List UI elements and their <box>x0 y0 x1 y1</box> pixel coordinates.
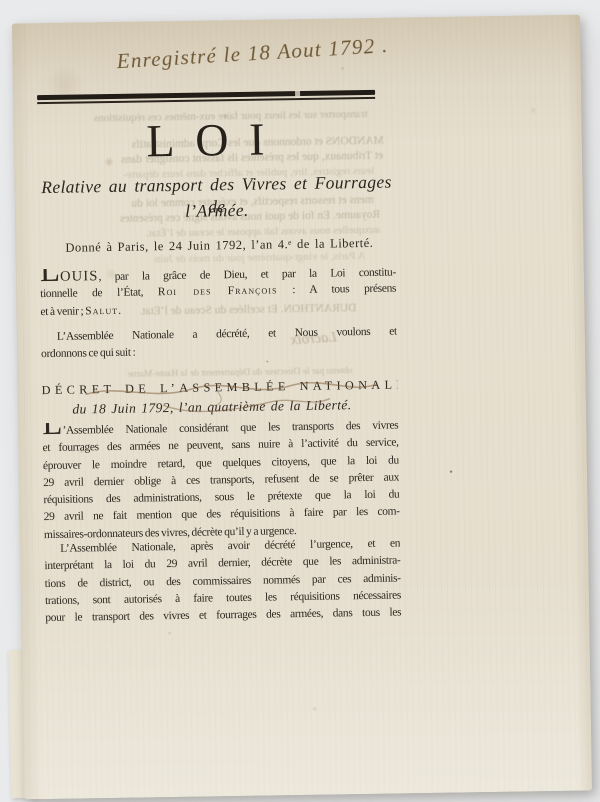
document-title: LOI <box>37 112 394 170</box>
document-paper: Enregistré le 18 Aout 1792 . transporter… <box>12 15 592 800</box>
rule-break <box>295 90 300 98</box>
printed-text-column: LOI Relative au transport des Vivres et … <box>36 18 392 24</box>
handwritten-registration-note: Enregistré le 18 Aout 1792 . <box>116 24 547 74</box>
double-rule-divider <box>37 90 375 104</box>
line-text: et à venir ; <box>40 305 85 318</box>
small-caps-text: Salut <box>85 304 118 317</box>
decree-paragraph-1: L’Assemblée Nationale considérant que le… <box>42 417 400 544</box>
king-name-caps: OUIS <box>60 268 99 285</box>
line-text: tionnelle de l’État, <box>40 287 158 301</box>
royal-preamble: LOUIS, par la grâce de Dieu, et par la L… <box>40 264 397 321</box>
small-caps-text: Roi des François <box>158 285 278 299</box>
ink-squiggle-marks <box>67 368 388 433</box>
photo-backdrop: Enregistré le 18 Aout 1792 . transporter… <box>0 0 600 802</box>
ordering-clause: L’Assemblée Nationale a décrété, et Nous… <box>41 324 397 364</box>
decree-paragraph-2: L’Assemblée Nationale, après avoir décré… <box>44 535 401 627</box>
drop-cap: L <box>42 417 62 440</box>
line-text: . <box>118 304 121 316</box>
line-text: : A tous présens <box>277 283 396 297</box>
